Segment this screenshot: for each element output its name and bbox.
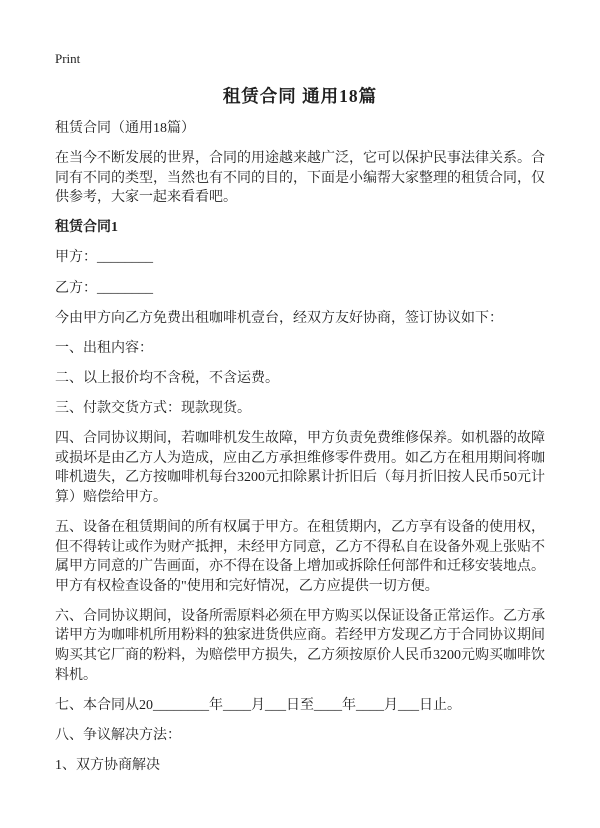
clause-4: 四、合同协议期间，若咖啡机发生故障，甲方负责免费维修保养。如机器的故障或损坏是由… bbox=[55, 429, 545, 507]
section-heading: 租赁合同1 bbox=[55, 218, 545, 238]
document-subtitle: 租赁合同（通用18篇） bbox=[55, 119, 545, 139]
preamble-line: 今由甲方向乙方免费出租咖啡机壹台，经双方友好协商，签订协议如下： bbox=[55, 309, 545, 329]
clause-1: 一、出租内容： bbox=[55, 339, 545, 359]
clause-5: 五、设备在租赁期间的所有权属于甲方。在租赁期内，乙方享有设备的使用权，但不得转让… bbox=[55, 518, 545, 596]
party-a-blank-line: 甲方：________ bbox=[55, 248, 545, 268]
clause-7-date-line: 七、本合同从20________年____月___日至____年____月___… bbox=[55, 696, 545, 716]
party-b-blank-line: 乙方：________ bbox=[55, 279, 545, 299]
clause-3: 三、付款交货方式：现款现货。 bbox=[55, 399, 545, 419]
clause-2: 二、以上报价均不含税，不含运费。 bbox=[55, 369, 545, 389]
clause-6: 六、合同协议期间，设备所需原料必须在甲方购买以保证设备正常运作。乙方承诺甲方为咖… bbox=[55, 607, 545, 685]
print-button[interactable]: Print bbox=[55, 51, 80, 67]
page-title: 租赁合同 通用18篇 bbox=[55, 84, 545, 108]
intro-paragraph: 在当今不断发展的世界，合同的用途越来越广泛，它可以保护民事法律关系。合同有不同的… bbox=[55, 149, 545, 208]
document-page: Print 租赁合同 通用18篇 租赁合同（通用18篇） 在当今不断发展的世界，… bbox=[0, 0, 600, 828]
sub-item-1: 1、双方协商解决 bbox=[55, 756, 545, 776]
clause-8: 八、争议解决方法： bbox=[55, 726, 545, 746]
